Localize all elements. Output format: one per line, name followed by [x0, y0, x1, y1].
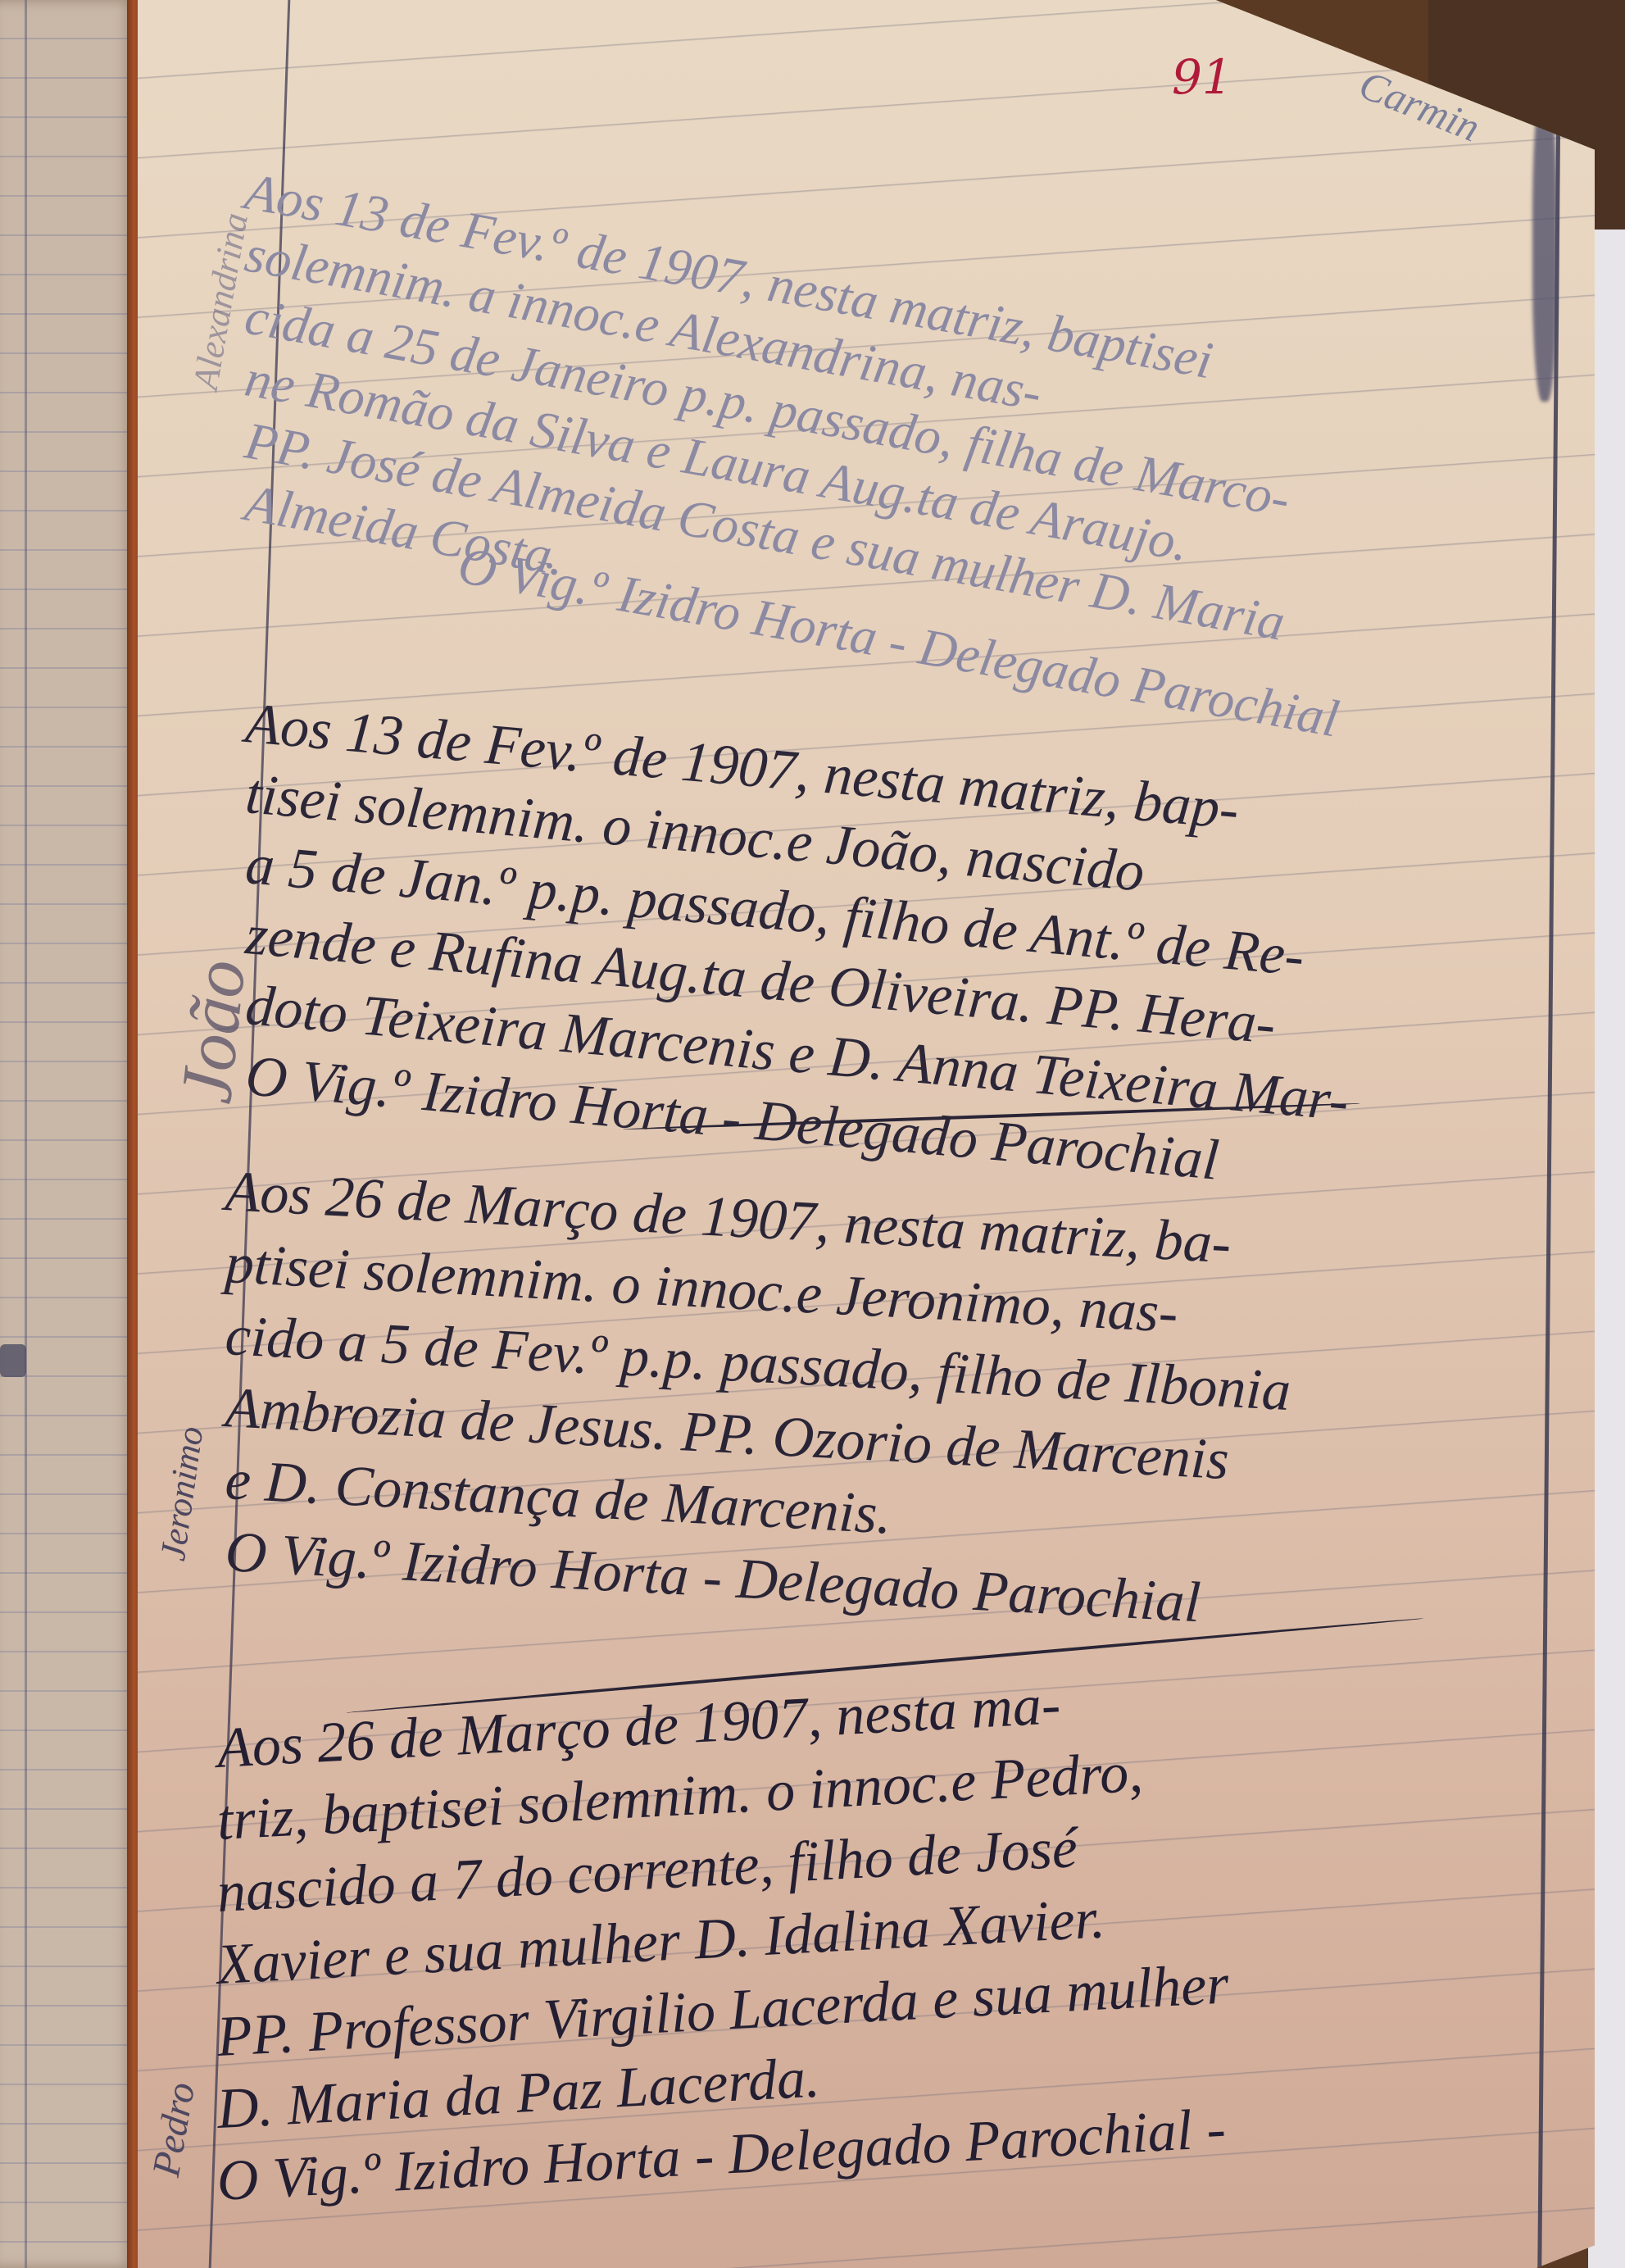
ink-smudge: [0, 1344, 26, 1377]
baptism-entry-2: Aos 13 de Fev.º de 1907, nesta matriz, b…: [246, 689, 1524, 1111]
baptism-entry-1: Aos 13 de Fev.º de 1907, nesta matriz, b…: [246, 160, 1524, 596]
baptism-entry-4: Aos 26 de Março de 1907, nesta ma- triz,…: [217, 1713, 1496, 2218]
baptism-entry-3: Aos 26 de Março de 1907, nesta matriz, b…: [225, 1156, 1504, 1589]
adjacent-left-page: [0, 0, 135, 2268]
folio-number: 91: [1172, 49, 1232, 105]
ink-blot: [1532, 90, 1557, 402]
left-page-margin-rule: [25, 0, 27, 2268]
